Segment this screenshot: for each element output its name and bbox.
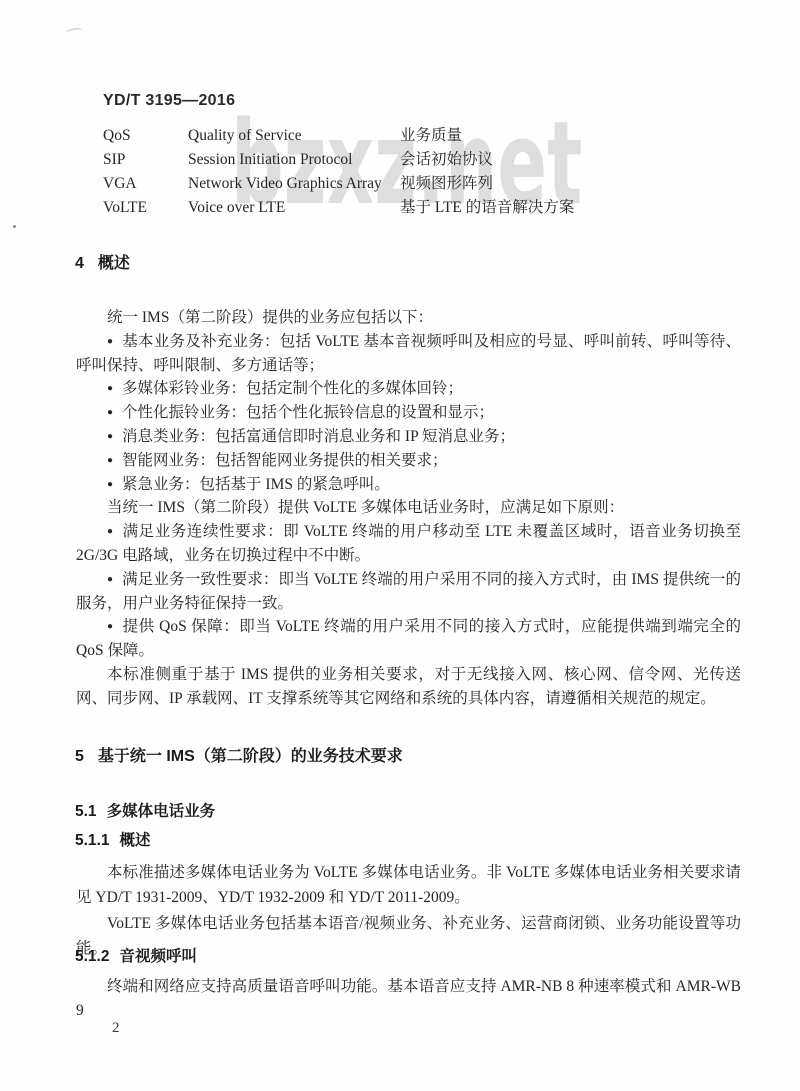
standard-number-header: YD/T 3195—2016 xyxy=(103,92,235,110)
section-5-heading: 5基于统一 IMS（第二阶段）的业务技术要求 xyxy=(75,743,403,766)
paragraph: 本标准描述多媒体电话业务为 VoLTE 多媒体电话业务。非 VoLTE 多媒体电… xyxy=(76,861,741,910)
section-number: 4 xyxy=(75,255,84,272)
section-5-1-heading: 5.1多媒体电话业务 xyxy=(75,799,215,821)
section-title: 音视频呼叫 xyxy=(119,948,197,965)
bullet-item: ●个性化振铃业务：包括个性化振铃信息的设置和显示； xyxy=(76,401,741,425)
page-number: 2 xyxy=(112,1020,120,1037)
abbreviation-row: QoS Quality of Service 业务质量 xyxy=(103,124,663,148)
paragraph: 本标准侧重于基于 IMS 提供的业务相关要求，对于无线接入网、核心网、信令网、光… xyxy=(76,663,741,711)
bullet-item: ●紧急业务：包括基于 IMS 的紧急呼叫。 xyxy=(76,473,741,497)
section-number: 5.1 xyxy=(75,803,97,820)
bullet-icon: ● xyxy=(107,431,113,442)
bullet-item: ●满足业务一致性要求：即当 VoLTE 终端的用户采用不同的接入方式时，由 IM… xyxy=(76,568,741,616)
section-title: 基于统一 IMS（第二阶段）的业务技术要求 xyxy=(98,748,403,765)
abbr-term: VGA xyxy=(103,172,188,196)
abbr-english: Quality of Service xyxy=(188,124,400,148)
section-4-body: 统一 IMS（第二阶段）提供的业务应包括以下： ●基本业务及补充业务：包括 Vo… xyxy=(76,306,741,711)
section-title: 多媒体电话业务 xyxy=(107,803,216,820)
paragraph: 统一 IMS（第二阶段）提供的业务应包括以下： xyxy=(76,306,741,330)
abbr-chinese: 会话初始协议 xyxy=(400,148,663,172)
abbreviation-row: VoLTE Voice over LTE 基于 LTE 的语音解决方案 xyxy=(103,196,663,220)
bullet-item: ●多媒体彩铃业务：包括定制个性化的多媒体回铃； xyxy=(76,377,741,401)
abbr-term: VoLTE xyxy=(103,196,188,220)
scan-artifact-mark xyxy=(65,27,83,39)
paragraph: 当统一 IMS（第二阶段）提供 VoLTE 多媒体电话业务时，应满足如下原则： xyxy=(76,496,741,520)
bullet-item: ●满足业务连续性要求：即 VoLTE 终端的用户移动至 LTE 未覆盖区域时，语… xyxy=(76,520,741,568)
section-title: 概述 xyxy=(119,832,150,849)
bullet-icon: ● xyxy=(107,621,114,632)
abbr-chinese: 视频图形阵列 xyxy=(400,172,663,196)
paragraph: 终端和网络应支持高质量语音呼叫功能。基本语音应支持 AMR-NB 8 种速率模式… xyxy=(76,975,741,1023)
section-title: 概述 xyxy=(98,255,130,272)
section-5-1-1-heading: 5.1.1概述 xyxy=(75,828,151,850)
section-5-1-2-heading: 5.1.2音视频呼叫 xyxy=(75,944,197,966)
scan-artifact-dot xyxy=(13,225,16,228)
abbr-term: SIP xyxy=(103,148,188,172)
document-page: bzxz.net YD/T 3195—2016 QoS Quality of S… xyxy=(0,0,800,1091)
abbreviation-table: QoS Quality of Service 业务质量 SIP Session … xyxy=(103,124,663,220)
section-number: 5.1.1 xyxy=(75,832,109,849)
section-number: 5.1.2 xyxy=(75,948,109,965)
bullet-icon: ● xyxy=(107,407,113,418)
bullet-icon: ● xyxy=(107,455,113,466)
bullet-icon: ● xyxy=(107,574,113,585)
bullet-item: ●提供 QoS 保障：即当 VoLTE 终端的用户采用不同的接入方式时，应能提供… xyxy=(76,615,741,663)
abbr-term: QoS xyxy=(103,124,188,148)
bullet-icon: ● xyxy=(107,383,113,394)
abbr-chinese: 基于 LTE 的语音解决方案 xyxy=(400,196,663,220)
section-4-heading: 4概述 xyxy=(75,250,130,273)
abbr-english: Session Initiation Protocol xyxy=(188,148,400,172)
section-number: 5 xyxy=(75,748,84,765)
bullet-item: ●智能网业务：包括智能网业务提供的相关要求； xyxy=(76,449,741,473)
bullet-item: ●消息类业务：包括富通信即时消息业务和 IP 短消息业务； xyxy=(76,425,741,449)
abbr-chinese: 业务质量 xyxy=(400,124,663,148)
bullet-item: ●基本业务及补充业务：包括 VoLTE 基本音视频呼叫及相应的号显、呼叫前转、呼… xyxy=(76,330,741,378)
bullet-icon: ● xyxy=(107,526,114,537)
bullet-icon: ● xyxy=(107,336,113,347)
abbreviation-row: SIP Session Initiation Protocol 会话初始协议 xyxy=(103,148,663,172)
section-5-1-2-body: 终端和网络应支持高质量语音呼叫功能。基本语音应支持 AMR-NB 8 种速率模式… xyxy=(76,975,741,1023)
bullet-icon: ● xyxy=(107,479,113,490)
abbreviation-row: VGA Network Video Graphics Array 视频图形阵列 xyxy=(103,172,663,196)
abbr-english: Voice over LTE xyxy=(188,196,400,220)
abbr-english: Network Video Graphics Array xyxy=(188,172,400,196)
